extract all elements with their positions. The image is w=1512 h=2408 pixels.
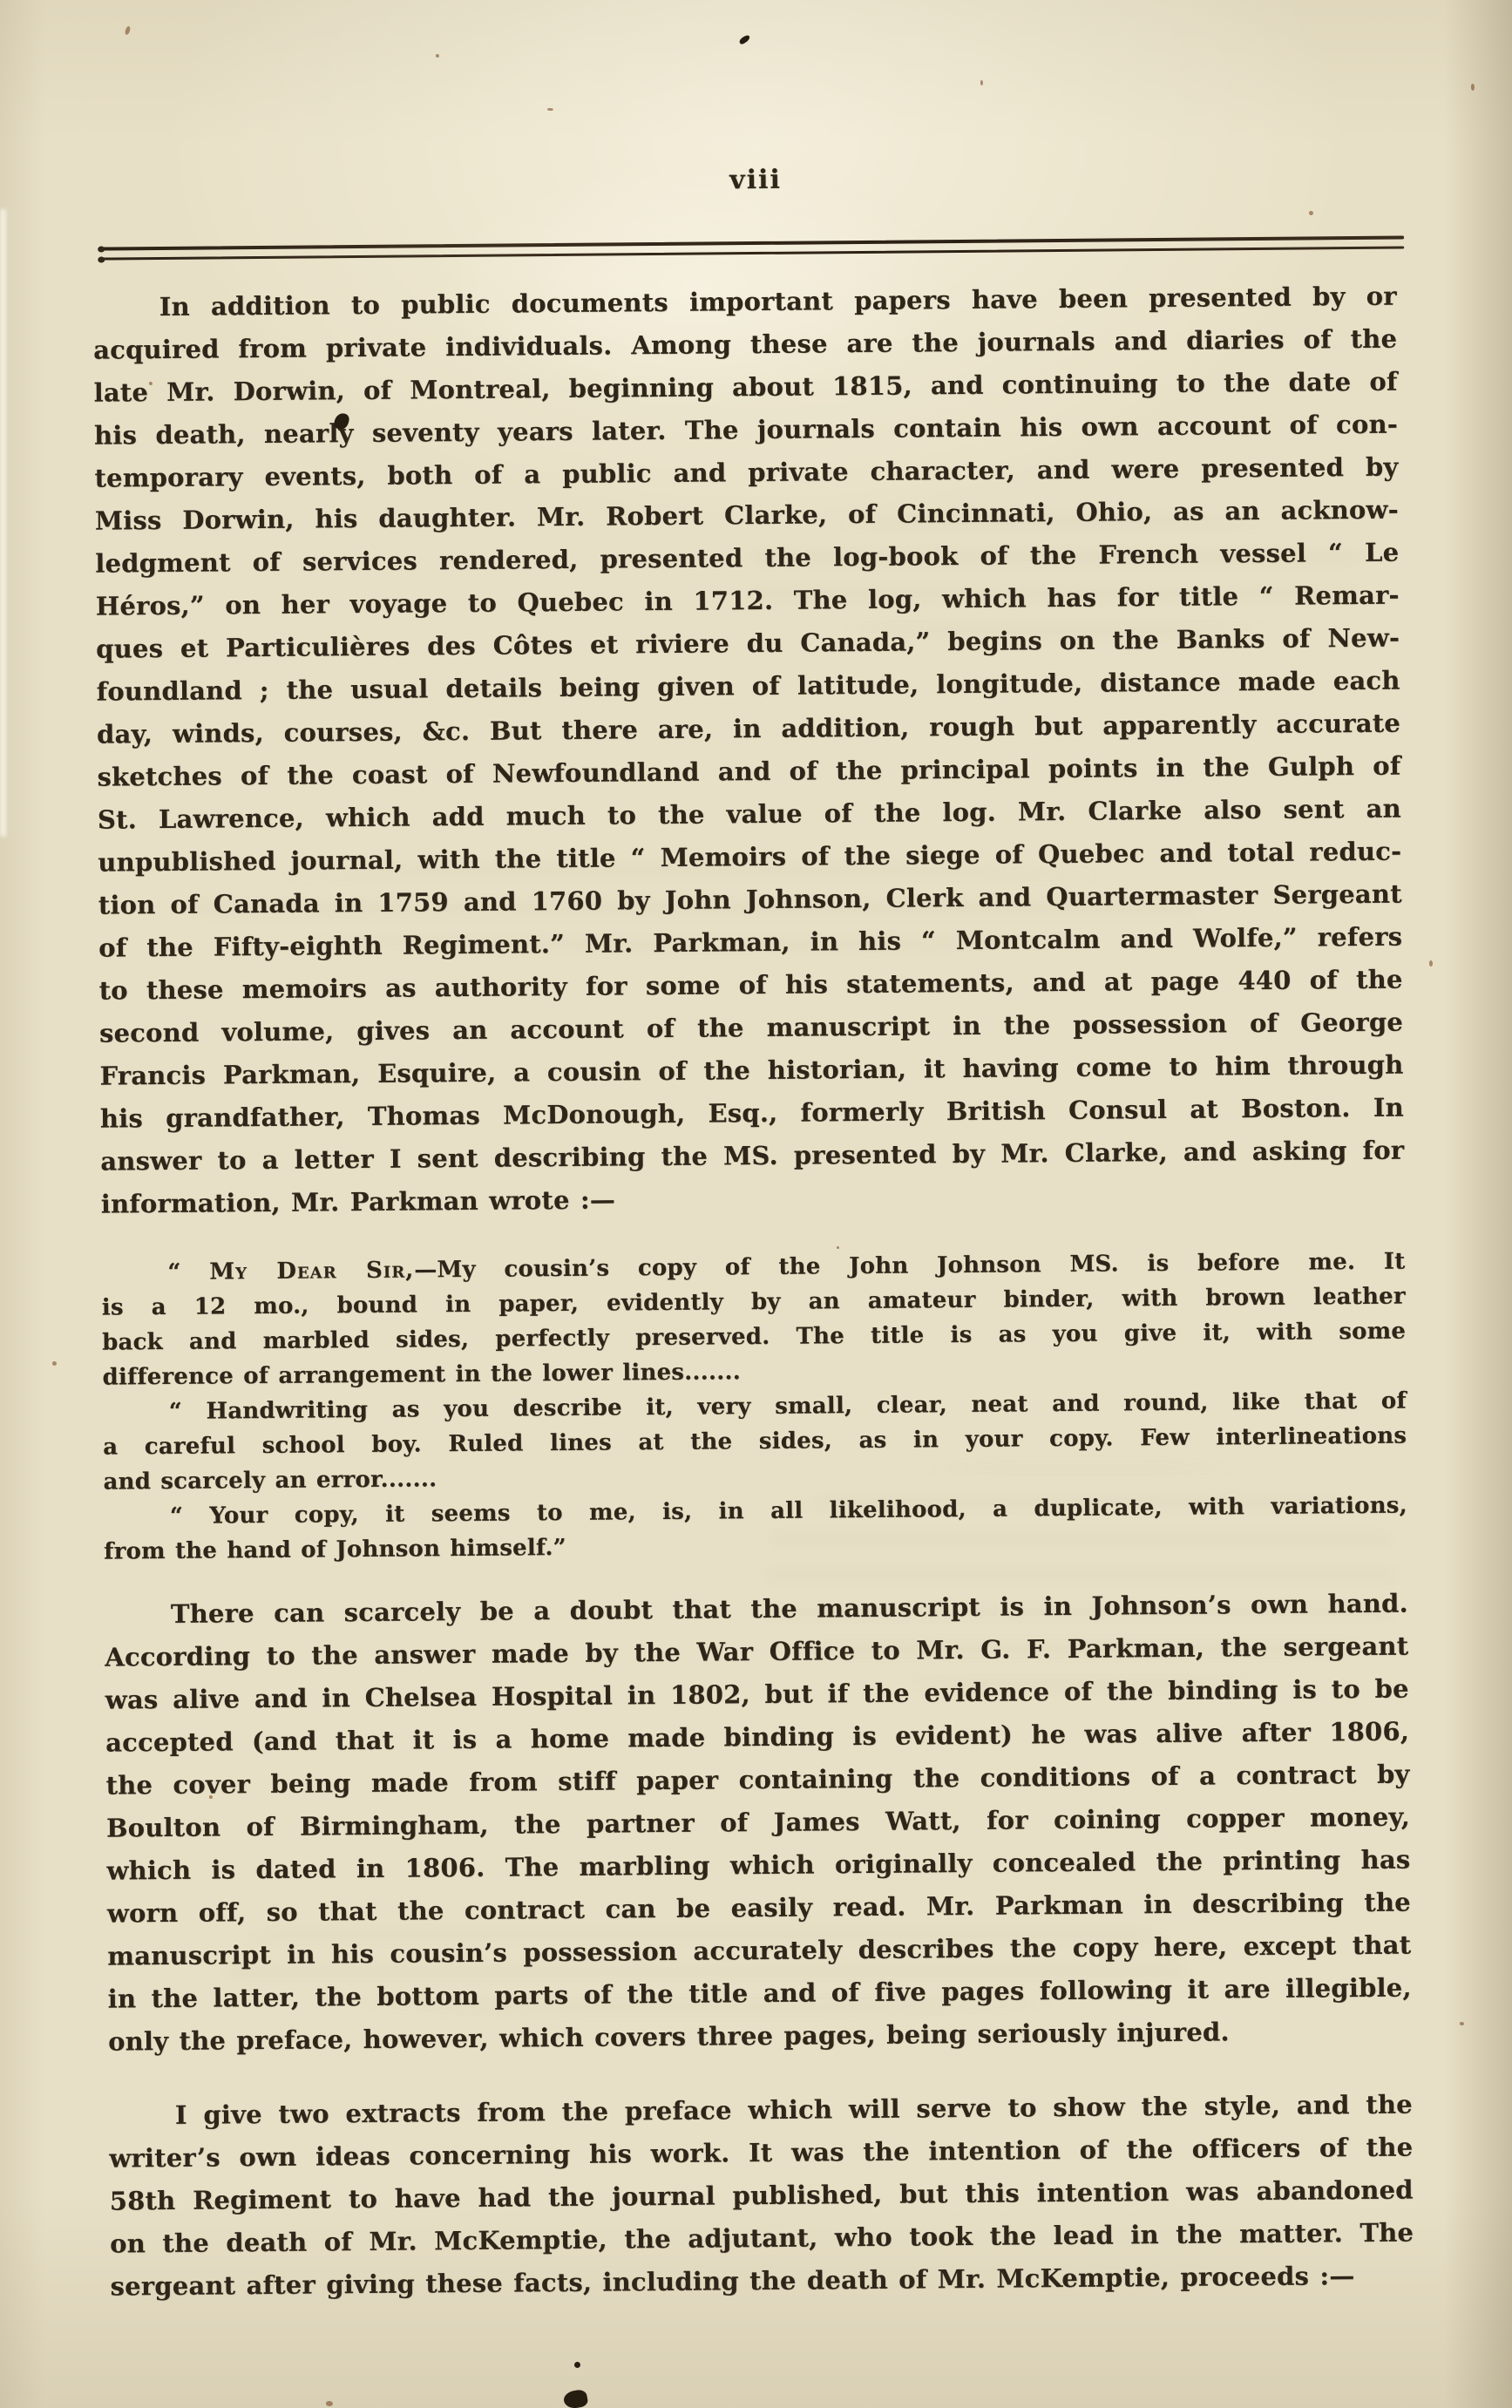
line-text: —My cousin’s copy of the John Johnson MS… [414, 1249, 1405, 1284]
paragraph: “ My Dear Sir,—My cousin’s copy of the J… [101, 1245, 1406, 1395]
paper-speck [209, 1795, 213, 1799]
paper-speck [547, 108, 553, 111]
paper-speck [52, 1361, 57, 1366]
paper-speck [149, 382, 153, 385]
ink-dot [574, 2362, 580, 2368]
paper-speck [980, 80, 983, 85]
paper-speck [326, 2401, 333, 2406]
open-quote: “ [167, 1259, 209, 1285]
paragraph: In addition to public documents importan… [93, 275, 1405, 1226]
paragraph: There can scarcely be a doubt that the m… [105, 1583, 1413, 2064]
page-number: viii [0, 159, 1512, 201]
page-text: In addition to public documents importan… [93, 275, 1414, 2309]
paragraph: “ Your copy, it seems to me, is, in all … [104, 1489, 1408, 1570]
paper-speck [436, 54, 439, 58]
paragraph: “ Handwriting as you describe it, very s… [103, 1384, 1407, 1500]
paper-speck [1460, 2022, 1464, 2025]
paper-speck [1471, 84, 1475, 91]
paper-speck [1429, 960, 1433, 967]
page-content: viii In addition to public documents imp… [0, 0, 1512, 2408]
small-caps-salutation: My Dear Sir, [209, 1257, 414, 1285]
paper-speck [1309, 211, 1313, 215]
scanned-book-page: viii In addition to public documents imp… [0, 0, 1512, 2408]
paragraph: I give two extracts from the preface whi… [109, 2084, 1414, 2309]
paper-speck [837, 1246, 839, 1249]
